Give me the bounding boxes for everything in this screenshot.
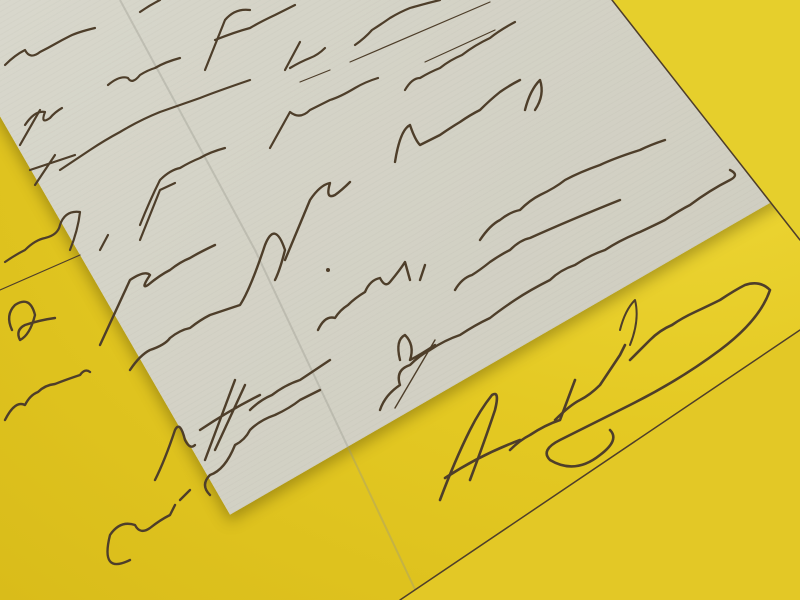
line-7 [5,234,330,420]
line-10 [108,170,736,564]
line-8 [318,140,665,330]
line-2 [20,5,295,145]
handwriting [0,0,800,600]
line-9 [155,200,620,480]
line-1 [5,0,160,65]
line-3 [30,0,490,185]
line-6 [9,80,542,345]
signature [440,283,770,500]
